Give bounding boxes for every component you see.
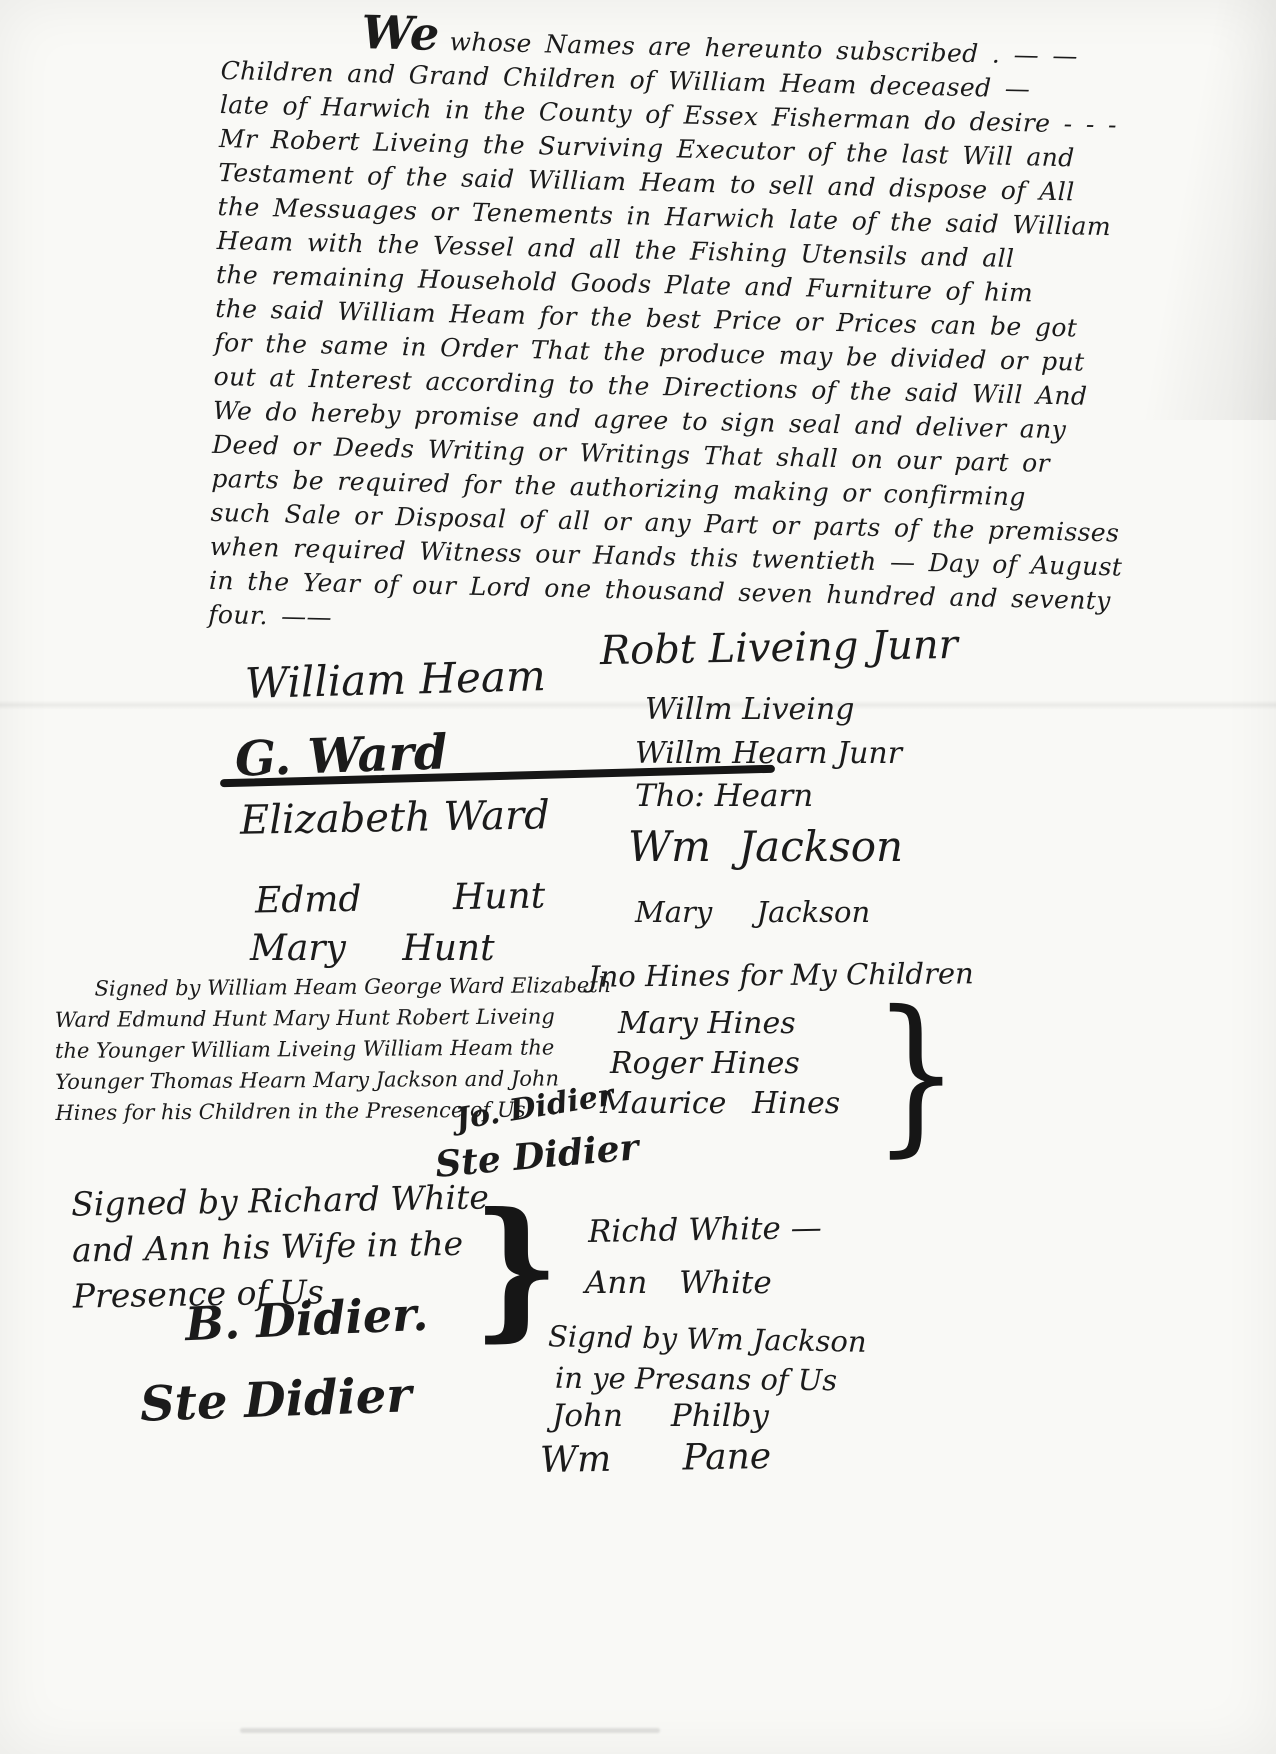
signature-ann-white: Ann White xyxy=(585,1265,772,1301)
signature-willm-liveing: Willm Liveing xyxy=(645,692,854,727)
witness-signature-john-philby: John Philby xyxy=(552,1398,769,1434)
paper-fold-line xyxy=(0,700,1276,710)
signature-mary-hines: Mary Hines xyxy=(618,1006,796,1041)
signature-willm-hearn: Willm Hearn Junr xyxy=(635,736,902,771)
signature-maurice-hines: Maurice Hines xyxy=(600,1086,840,1121)
attestation-jackson-line: in ye Presans of Us xyxy=(555,1361,837,1397)
scan-smudge xyxy=(240,1728,660,1733)
signature-william-heam: William Heam xyxy=(244,651,546,708)
white-group-brace: } xyxy=(473,1180,560,1356)
signature-robt-liveing: Robt Liveing Junr xyxy=(600,622,959,674)
signature-wm-jackson: Wm Jackson xyxy=(628,822,903,871)
witness-signature-wm-pane: Wm Pane xyxy=(540,1436,772,1481)
signature-edmd-hunt: Edmd Hunt xyxy=(255,875,546,921)
document-scan: Wewhose Names are hereunto subscribed . … xyxy=(0,0,1276,1754)
signature-mary-hunt: Mary Hunt xyxy=(250,928,495,969)
attestation-line: the Younger William Liveing William Heam… xyxy=(55,1032,612,1067)
signature-richd-white: Richd White — xyxy=(588,1210,822,1250)
attestation-line: Ward Edmund Hunt Mary Hunt Robert Livein… xyxy=(55,1001,612,1036)
body-text: Wewhose Names are hereunto subscribed . … xyxy=(208,12,1102,652)
attestation-jackson-line: Signd by Wm Jackson xyxy=(548,1319,867,1359)
attestation-line: and Ann his Wife in the xyxy=(72,1220,490,1273)
attestation-line: Signed by Richard White xyxy=(71,1174,489,1227)
attestation-line: Signed by William Heam George Ward Eliza… xyxy=(54,970,611,1005)
hines-group-brace: } xyxy=(873,975,960,1173)
signature-tho-hearn: Tho: Hearn xyxy=(635,778,813,814)
signature-mary-jackson: Mary Jackson xyxy=(635,895,870,929)
witness-signature-b-didier: B. Didier. xyxy=(184,1287,429,1352)
signature-elizabeth-ward: Elizabeth Ward xyxy=(240,792,551,843)
lead-word: We xyxy=(221,2,450,61)
paper-edge-shadow xyxy=(1126,0,1276,420)
witness-signature-ste-didier-2: Ste Didier xyxy=(139,1367,412,1432)
signature-roger-hines: Roger Hines xyxy=(610,1046,800,1081)
